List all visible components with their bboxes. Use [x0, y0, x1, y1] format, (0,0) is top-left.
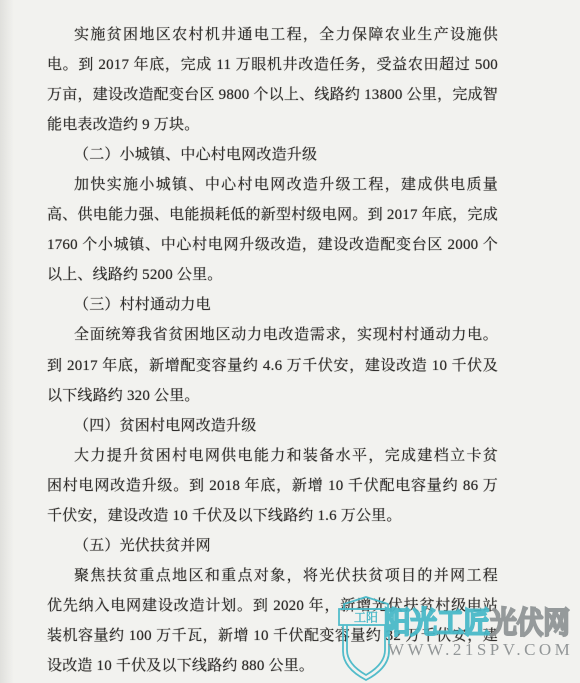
text-line: 困村电网改造升级。到 2018 年底，新增 10 千伏配电容量约 86 万: [47, 471, 498, 501]
text-line: 到 2017 年底，新增配变容量约 4.6 万千伏安，建设改造 10 千伏及: [47, 351, 498, 381]
scanned-document-page: 实施贫困地区农村机井通电工程，全力保障农业生产设施供 电。到 2017 年底，完…: [0, 0, 580, 683]
section-heading-3: （三）村村通动力电: [47, 290, 498, 320]
text-line: 千伏安，建设改造 10 千伏及以下线路约 1.6 万公里。: [47, 501, 498, 531]
text-line: 全面统筹我省贫困地区动力电改造需求，实现村村通动力电。: [47, 320, 498, 350]
text-line: 能电表改造约 9 万块。: [47, 110, 498, 140]
text-line: 优先纳入电网建设改造计划。到 2020 年，新增光伏扶贫村级电站: [47, 591, 498, 621]
text-line: 实施贫困地区农村机井通电工程，全力保障农业生产设施供: [47, 20, 498, 50]
text-line: 电。到 2017 年底，完成 11 万眼机井改造任务，受益农田超过 500: [47, 50, 498, 80]
text-line: 以下线路约 320 公里。: [47, 381, 498, 411]
text-line: 聚焦扶贫重点地区和重点对象，将光伏扶贫项目的并网工程: [47, 561, 498, 591]
text-line: 万亩，建设改造配变台区 9800 个以上、线路约 13800 公里，完成智: [47, 80, 498, 110]
text-line: 高、供电能力强、电能损耗低的新型村级电网。到 2017 年底，完成: [47, 200, 498, 230]
text-line: 大力提升贫困村电网供电能力和装备水平，完成建档立卡贫: [47, 441, 498, 471]
section-heading-4: （四）贫困村电网改造升级: [47, 411, 498, 441]
text-line: 设改造 10 千伏及以下线路约 880 公里。: [47, 651, 498, 681]
text-line: 加快实施小城镇、中心村电网改造升级工程，建成供电质量: [47, 170, 498, 200]
watermark-brand-secondary: 光伏网: [490, 607, 570, 640]
section-heading-5: （五）光伏扶贫并网: [47, 531, 498, 561]
text-line: 装机容量约 100 万千瓦，新增 10 千伏配变容量约 32 万千伏安，建: [47, 621, 498, 651]
text-line: 以上、线路约 5200 公里。: [47, 260, 498, 290]
text-line: 1760 个小城镇、中心村电网升级改造，建设改造配变台区 2000 个: [47, 230, 498, 260]
section-heading-2: （二）小城镇、中心村电网改造升级: [47, 140, 498, 170]
document-body: 实施贫困地区农村机井通电工程，全力保障农业生产设施供 电。到 2017 年底，完…: [47, 20, 498, 681]
